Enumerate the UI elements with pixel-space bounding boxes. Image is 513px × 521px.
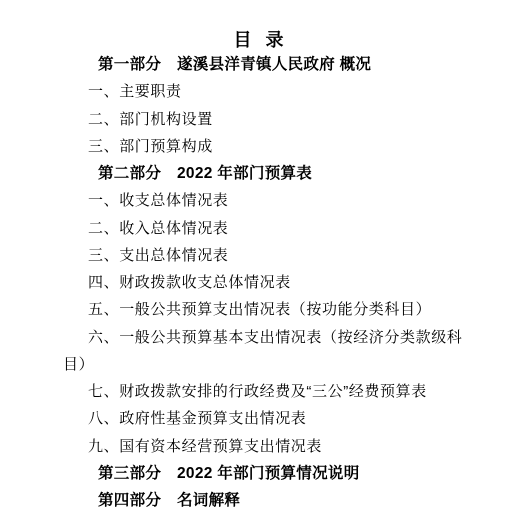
table-of-contents: 目 录 第一部分 遂溪县洋青镇人民政府 概况 一、主要职责 二、部门机构设置 三… — [63, 0, 455, 521]
toc-item: 九、国有资本经营预算支出情况表 — [63, 433, 455, 460]
toc-item: 六、一般公共预算基本支出情况表（按经济分类款级科 — [63, 324, 455, 351]
toc-item: 五、一般公共预算支出情况表（按功能分类科目） — [63, 296, 455, 323]
toc-item: 七、财政拨款安排的行政经费及“三公”经费预算表 — [63, 378, 455, 405]
page-title: 目 录 — [63, 30, 455, 50]
toc-part-heading: 第一部分 遂溪县洋青镇人民政府 概况 — [63, 51, 455, 78]
toc-entries: 第一部分 遂溪县洋青镇人民政府 概况 一、主要职责 二、部门机构设置 三、部门预… — [63, 51, 455, 514]
toc-part-heading: 第四部分 名词解释 — [63, 487, 455, 514]
document-page: 目 录 第一部分 遂溪县洋青镇人民政府 概况 一、主要职责 二、部门机构设置 三… — [0, 0, 513, 521]
toc-item: 一、收支总体情况表 — [63, 187, 455, 214]
toc-part-heading: 第二部分 2022 年部门预算表 — [63, 160, 455, 187]
toc-item: 二、收入总体情况表 — [63, 215, 455, 242]
toc-item: 三、支出总体情况表 — [63, 242, 455, 269]
toc-part-heading: 第三部分 2022 年部门预算情况说明 — [63, 460, 455, 487]
toc-item: 八、政府性基金预算支出情况表 — [63, 405, 455, 432]
toc-item: 一、主要职责 — [63, 78, 455, 105]
toc-item: 二、部门机构设置 — [63, 106, 455, 133]
toc-item: 三、部门预算构成 — [63, 133, 455, 160]
toc-item-continuation: 目） — [63, 351, 455, 378]
toc-item: 四、财政拨款收支总体情况表 — [63, 269, 455, 296]
